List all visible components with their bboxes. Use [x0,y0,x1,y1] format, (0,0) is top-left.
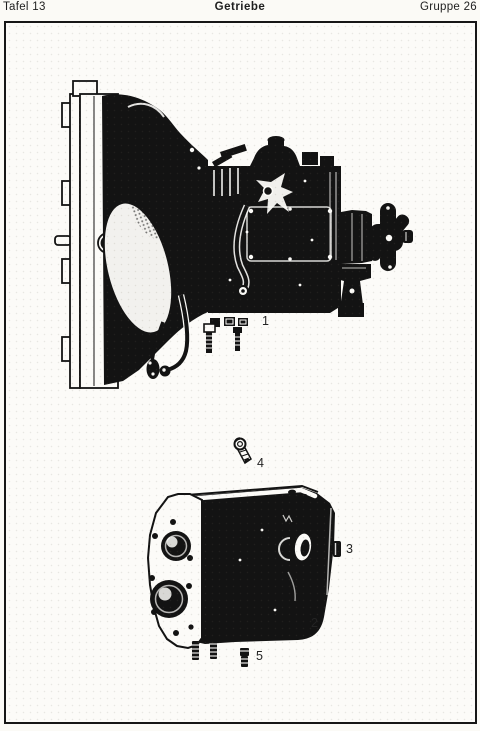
bolt-figure [235,439,252,464]
callout-1-label: 1 [262,315,269,328]
gearbox-housing-figure [148,486,335,660]
tail-housing [341,210,372,264]
stud-figure [240,648,250,667]
plate-artwork [0,0,480,731]
housing-front-flange [148,494,202,648]
output-shaft-tip [402,230,413,243]
dowel-pin-figure [333,541,341,557]
callout-2-label: 2 [311,617,318,630]
callout-5-label: 5 [256,650,263,663]
callout-3-label: 3 [346,543,353,556]
flange-stud [55,236,71,245]
catalog-plate-page: Tafel 13 Getriebe Gruppe 26 [0,0,480,731]
filler-plug-hole [264,187,273,196]
callout-4-label: 4 [257,457,264,470]
mounting-studs [204,324,242,353]
gearbox-assembly-figure [55,81,413,388]
output-flange [341,203,413,271]
gear-case [208,136,341,313]
flange-edge-strip [70,94,80,388]
